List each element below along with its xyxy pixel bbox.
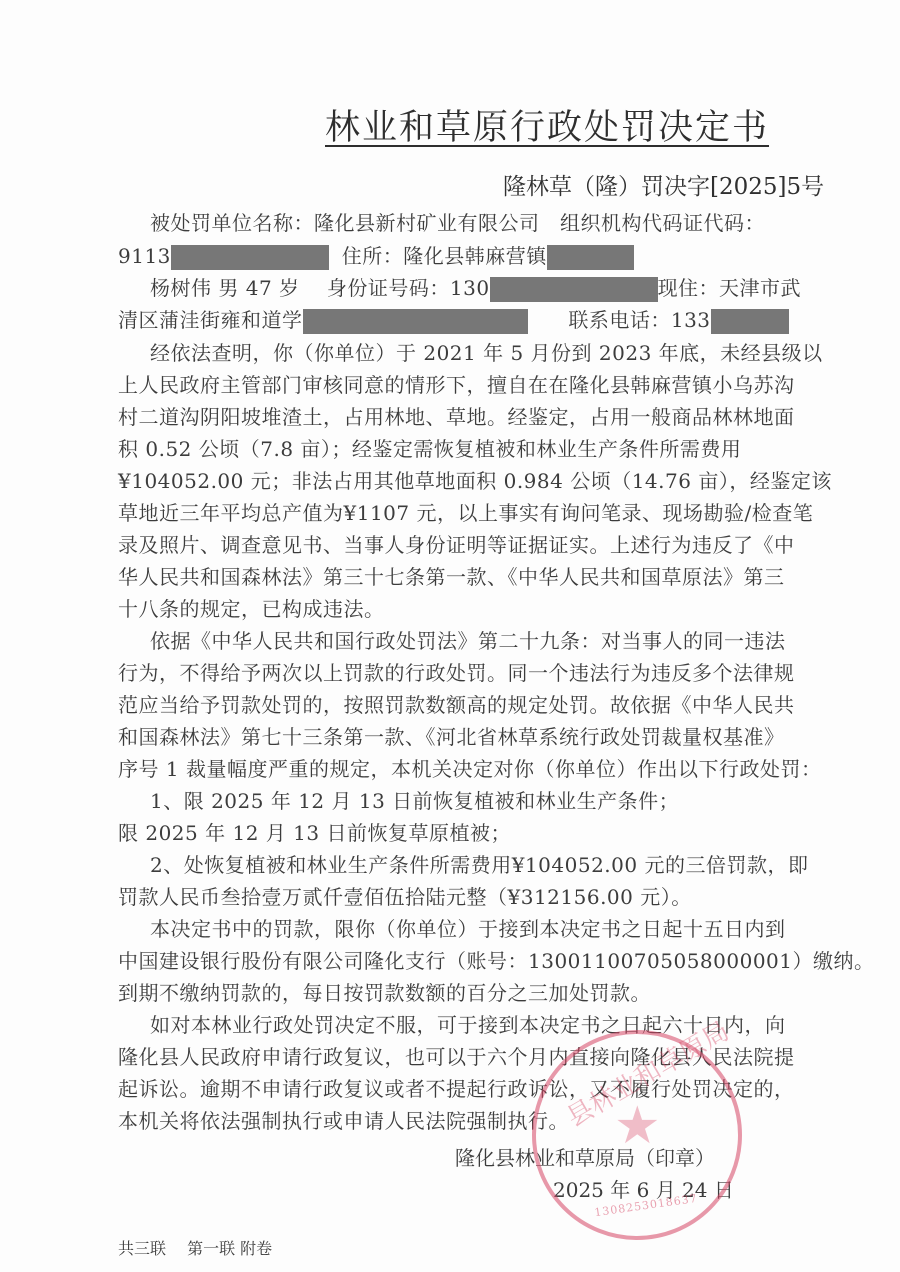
document-title: 林业和草原行政处罚决定书: [325, 100, 769, 150]
facts-line: 上人民政府主管部门审核同意的情形下，擅自在在隆化县韩麻营镇小乌苏沟: [118, 369, 795, 398]
facts-line: 草地近三年平均总产值为¥1107 元，以上事实有询问笔录、现场勘验/检查笔: [118, 497, 813, 526]
party-line-3: 杨树伟 男 47 岁 身份证号码：130现住：天津市武: [150, 272, 801, 302]
payment-line: 到期不缴纳罚款的，每日按罚款数额的百分之三加处罚款。: [118, 977, 651, 1006]
redaction-address: [547, 245, 634, 270]
payment-line: 中国建设银行股份有限公司隆化支行（账号：13001100705058000001…: [118, 945, 875, 974]
facts-line: 村二道沟阴阳坡堆渣土，占用林地、草地。经鉴定，占用一般商品林林地面: [118, 401, 795, 430]
document-page: 林业和草原行政处罚决定书 隆林草（隆）罚决字[2025]5号 被处罚单位名称：隆…: [0, 0, 900, 1272]
party-line-1: 被处罚单位名称：隆化县新村矿业有限公司 组织机构代码证代码：: [150, 207, 765, 236]
penalty-item-1b: 限 2025 年 12 月 13 日前恢复草原植被；: [118, 817, 511, 846]
facts-line: 录及照片、调查意见书、当事人身份证明等证据证实。上述行为违反了《中: [118, 529, 795, 558]
phone-label: 联系电话：133: [568, 308, 710, 332]
residence-continued: 清区蒲洼街雍和道学: [118, 308, 303, 332]
basis-line: 序号 1 裁量幅度严重的规定，本机关决定对你（你单位）作出以下行政处罚：: [118, 753, 821, 782]
redaction-phone: [711, 309, 789, 334]
facts-line: 十八条的规定，已构成违法。: [118, 593, 385, 622]
facts-line: ¥104052.00 元；非法占用其他草地面积 0.984 公顷（14.76 亩…: [118, 465, 832, 494]
party-unit-label: 被处罚单位名称：隆化县新村矿业有限公司 组织机构代码证代码：: [150, 211, 765, 235]
penalty-item-2: 2、处恢复植被和林业生产条件所需费用¥104052.00 元的三倍罚款，即: [150, 849, 808, 878]
basis-line: 和国森林法》第七十三条第一款、《河北省林草系统行政处罚裁量权基准》: [118, 721, 785, 750]
basis-line: 依据《中华人民共和国行政处罚法》第二十九条：对当事人的同一违法: [150, 625, 786, 654]
payment-line: 本决定书中的罚款，限你（你单位）于接到本决定书之日起十五日内到: [150, 913, 786, 942]
person-info: 杨树伟 男 47 岁 身份证号码：130: [150, 276, 490, 300]
appeal-line: 隆化县人民政府申请行政复议，也可以于六个月内直接向隆化县人民法院提: [118, 1041, 795, 1070]
appeal-line: 本机关将依法强制执行或申请人民法院强制执行。: [118, 1105, 569, 1134]
party-line-4: 清区蒲洼街雍和道学 联系电话：133: [118, 304, 789, 334]
penalty-item-2b: 罚款人民币叁拾壹万贰仟壹佰伍拾陆元整（¥312156.00 元）。: [118, 881, 692, 910]
basis-line: 范应当给予罚款处罚的，按照罚款数额高的规定处罚。故依据《中华人民共: [118, 689, 795, 718]
copy-footer: 共三联 第一联 附卷: [118, 1236, 272, 1259]
facts-line: 积 0.52 公顷（7.8 亩）；经鉴定需恢复植被和林业生产条件所需费用: [118, 433, 741, 462]
penalty-item-1: 1、限 2025 年 12 月 13 日前恢复植被和林业生产条件；: [150, 785, 679, 814]
redaction-org-code: [171, 245, 329, 270]
issuer-signature: 隆化县林业和草原局（印章）: [455, 1142, 715, 1171]
appeal-line: 起诉讼。逾期不申请行政复议或者不提起行政诉讼，又不履行处罚决定的，: [118, 1073, 795, 1102]
issue-date: 2025 年 6 月 24 日: [553, 1174, 734, 1203]
basis-line: 行为，不得给予两次以上罚款的行政处罚。同一个违法行为违反多个法律规: [118, 657, 795, 686]
party-line-2: 9113 住所：隆化县韩麻营镇: [118, 240, 634, 270]
redaction-residence: [303, 309, 528, 334]
document-number: 隆林草（隆）罚决字[2025]5号: [503, 168, 824, 201]
org-code-prefix: 9113: [118, 244, 171, 268]
appeal-line: 如对本林业行政处罚决定不服，可于接到本决定书之日起六十日内，向: [150, 1009, 786, 1038]
redaction-id-number: [490, 277, 658, 302]
residence-label: 现住：天津市武: [658, 276, 802, 300]
facts-line: 华人民共和国森林法》第三十七条第一款、《中华人民共和国草原法》第三: [118, 561, 785, 590]
address-label: 住所：隆化县韩麻营镇: [342, 244, 547, 268]
facts-line: 经依法查明，你（你单位）于 2021 年 5 月份到 2023 年底，未经县级以: [150, 337, 823, 366]
